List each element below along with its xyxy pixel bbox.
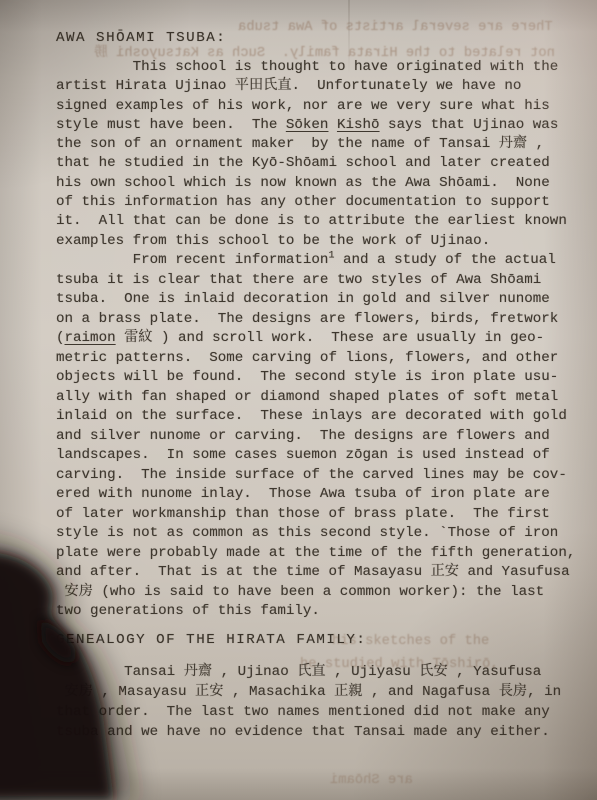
- text-line: and silver nunome or carving. The design…: [56, 427, 575, 447]
- text-line: signed examples of his work, nor are we …: [56, 97, 567, 116]
- text-line: 安房 , Masayasu 正安 , Masachika 正親 , and Na…: [56, 682, 561, 702]
- text-line: it. All that can be done is to attribute…: [56, 212, 567, 231]
- paragraph-school-origin: This school is thought to have originate…: [56, 58, 567, 251]
- text-line: the son of an ornament maker by the name…: [56, 135, 567, 154]
- text-line: that he studied in the Kyō-Shōami school…: [56, 154, 567, 173]
- ghost-bleedthrough-line: There are several artists of Awa tsuba: [238, 20, 553, 35]
- text-line: artist Hirata Ujinao 平田氏直. Unfortunately…: [56, 77, 567, 96]
- text-line: of later workmanship than those of brass…: [56, 505, 575, 525]
- page-title: AWA SHŌAMI TSUBA:: [56, 29, 226, 49]
- text-line: From recent information1 and a study of …: [56, 251, 575, 271]
- paragraph-two-styles: From recent information1 and a study of …: [56, 251, 575, 622]
- photographed-document-page: There are several artists of Awa tsuba n…: [0, 0, 597, 800]
- text-line: metric patterns. Some carving of lions, …: [56, 349, 575, 369]
- text-line: objects will be found. The second style …: [56, 368, 575, 388]
- text-line: and after. That is at the time of Masaya…: [56, 563, 575, 583]
- text-line: 安房 (who is said to have been a common wo…: [56, 583, 575, 603]
- text-line: This school is thought to have originate…: [56, 58, 567, 77]
- text-line: that order. The last two names mentioned…: [56, 702, 561, 722]
- text-line: tsuba it is clear that there are two sty…: [56, 271, 575, 291]
- text-line: style must have been. The Sōken Kishō sa…: [56, 116, 567, 135]
- text-line: landscapes. In some cases suemon zōgan i…: [56, 446, 575, 466]
- text-line: (raimon 雷紋 ) and scroll work. These are …: [56, 329, 575, 349]
- genealogy-heading: GENEALOGY OF THE HIRATA FAMILY:: [56, 631, 366, 651]
- text-line: ally with fan shaped or diamond shaped p…: [56, 388, 575, 408]
- text-line: ered with nunome inlay. Those Awa tsuba …: [56, 485, 575, 505]
- text-line: tsuba. One is inlaid decoration in gold …: [56, 290, 575, 310]
- text-line: inlaid on the surface. These inlays are …: [56, 407, 575, 427]
- paragraph-genealogy: Tansai 丹齋 , Ujinao 氏直 , Ujiyasu 氏安 , Yas…: [56, 662, 561, 742]
- text-line: style is not as common as this second st…: [56, 524, 575, 544]
- text-line: Tansai 丹齋 , Ujinao 氏直 , Ujiyasu 氏安 , Yas…: [56, 662, 561, 682]
- text-line: two generations of this family.: [56, 602, 575, 622]
- text-line: carving. The inside surface of the carve…: [56, 466, 575, 486]
- text-line: his own school which is now known as the…: [56, 174, 567, 193]
- text-line: plate were probably made at the time of …: [56, 544, 575, 564]
- text-line: on a brass plate. The designs are flower…: [56, 310, 575, 330]
- ghost-bleedthrough-line: are Shōami: [330, 773, 413, 788]
- text-line: of this information has any other docume…: [56, 193, 567, 212]
- text-line: tsuba and we have no evidence that Tansa…: [56, 722, 561, 742]
- text-line: examples from this school to be the work…: [56, 232, 567, 251]
